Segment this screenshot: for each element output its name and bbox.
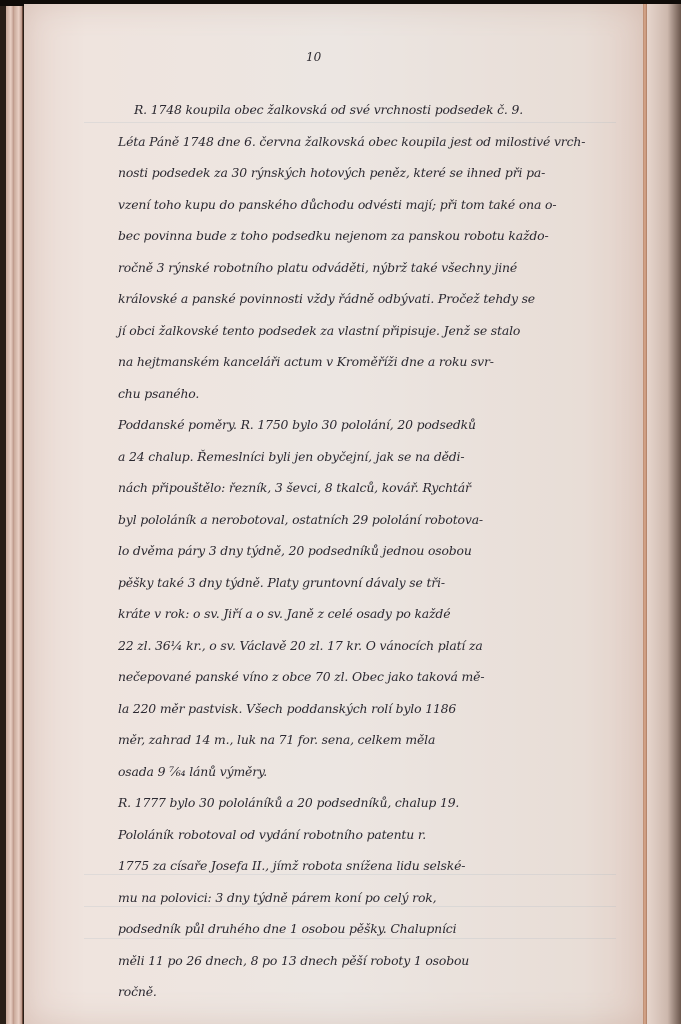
text-line: měr, zahrad 14 m., luk na 71 for. sena, … xyxy=(118,724,638,756)
page-number: 10 xyxy=(306,50,321,64)
text-line: osada 9 ⁷⁄₆₄ lánů výměry. xyxy=(118,756,638,788)
text-line: ročně. xyxy=(118,976,638,1008)
page-edge-stack xyxy=(14,6,23,1024)
text-line: nách připouštělo: řezník, 3 ševci, 8 tka… xyxy=(118,472,638,504)
paragraph-serfdom-1750: Poddanské poměry. R. 1750 bylo 30 pololá… xyxy=(118,409,638,787)
text-line: bec povinna bude z toho podsedku nejenom… xyxy=(118,220,638,252)
text-line: jí obci žalkovské tento podsedek za vlas… xyxy=(118,315,638,347)
text-line: 1775 za císaře Josefa II., jímž robota s… xyxy=(118,850,638,882)
text-line: lo dvěma páry 3 dny týdně, 20 podsedníků… xyxy=(118,535,638,567)
text-line: R. 1748 koupila obec žalkovská od své vr… xyxy=(118,94,638,126)
text-line: R. 1777 bylo 30 pololáníků a 20 podsední… xyxy=(118,787,638,819)
text-line: pěšky také 3 dny týdně. Platy gruntovní … xyxy=(118,567,638,599)
text-line: podsedník půl druhého dne 1 osobou pěšky… xyxy=(118,913,638,945)
facing-page-edge xyxy=(647,4,681,1024)
text-line: královské a panské povinnosti vždy řádně… xyxy=(118,283,638,315)
text-line: Léta Páně 1748 dne 6. června žalkovská o… xyxy=(118,126,638,158)
paragraph-serfdom-1777: R. 1777 bylo 30 pololáníků a 20 podsední… xyxy=(118,787,638,1008)
paragraph-purchase-1748: R. 1748 koupila obec žalkovská od své vr… xyxy=(118,94,638,409)
text-line: kráte v rok: o sv. Jiří a o sv. Janě z c… xyxy=(118,598,638,630)
handwritten-text: R. 1748 koupila obec žalkovská od své vr… xyxy=(118,94,638,1008)
text-line: měli 11 po 26 dnech, 8 po 13 dnech pěší … xyxy=(118,945,638,977)
text-line: vzení toho kupu do panského důchodu odvé… xyxy=(118,189,638,221)
book-spread: 10 R. 1748 koupila obec žalkovská od své… xyxy=(0,0,681,1024)
text-line: 22 zl. 36¼ kr., o sv. Václavě 20 zl. 17 … xyxy=(118,630,638,662)
text-line: mu na polovici: 3 dny týdně párem koní p… xyxy=(118,882,638,914)
text-line: Poddanské poměry. R. 1750 bylo 30 pololá… xyxy=(118,409,638,441)
text-line: byl pololáník a nerobotoval, ostatních 2… xyxy=(118,504,638,536)
text-line: la 220 měr pastvisk. Všech poddanských r… xyxy=(118,693,638,725)
text-line: na hejtmanském kanceláři actum v Kroměří… xyxy=(118,346,638,378)
text-line: a 24 chalup. Řemeslníci byli jen obyčejn… xyxy=(118,441,638,473)
text-line: nosti podsedek za 30 rýnských hotových p… xyxy=(118,157,638,189)
text-line: Pololáník robotoval od vydání robotního … xyxy=(118,819,638,851)
text-line: nečepované panské víno z obce 70 zl. Obe… xyxy=(118,661,638,693)
text-line: ročně 3 rýnské robotního platu odváděti,… xyxy=(118,252,638,284)
text-line: chu psaného. xyxy=(118,378,638,410)
